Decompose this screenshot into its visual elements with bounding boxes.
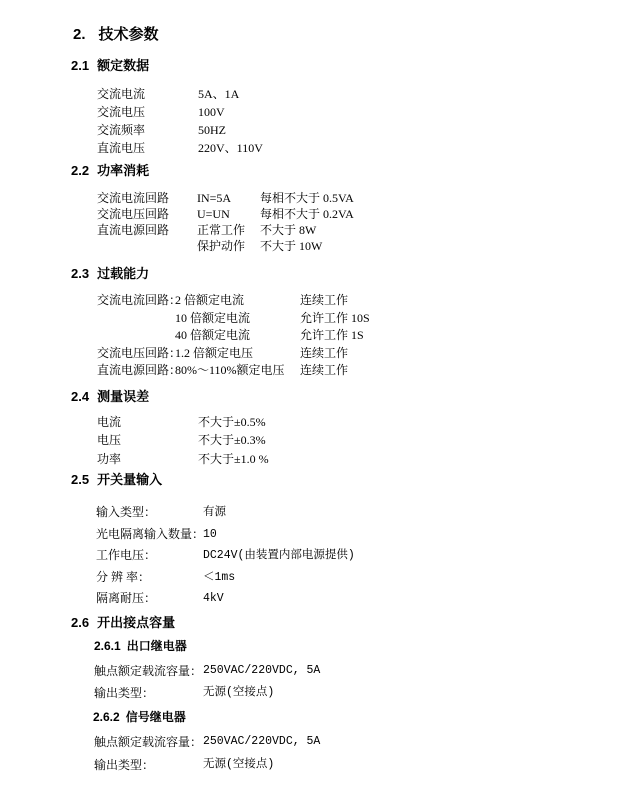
spec-row: 交流电流回路 IN=5A 每相不大于 0.5VA <box>97 190 354 206</box>
spec-label <box>97 327 175 345</box>
subsection-number: 2.6.2 <box>93 710 120 724</box>
subsection-title: 出口继电器 <box>127 639 187 653</box>
section-heading-2-3: 2.3过载能力 <box>71 267 149 281</box>
section-title: 开出接点容量 <box>97 615 175 630</box>
spec-row: 工作电压： DC24V(由装置内部电源提供) <box>96 545 355 567</box>
spec-condition: 10 倍额定电流 <box>175 310 300 328</box>
section-2-5-rows: 输入类型： 有源 光电隔离输入数量： 10 工作电压： DC24V(由装置内部电… <box>96 502 355 610</box>
spec-row: 10 倍额定电流 允许工作 10S <box>97 310 370 328</box>
spec-label: 交流频率 <box>97 121 198 139</box>
spec-label: 交流电压 <box>97 103 198 121</box>
spec-label: 功率 <box>97 450 198 468</box>
document-title-number: 2. <box>73 26 86 43</box>
document-title: 2.技术参数 <box>73 27 159 43</box>
spec-row: 输出类型： 无源(空接点) <box>94 682 320 704</box>
section-heading-2-1: 2.1额定数据 <box>71 59 149 73</box>
spec-row: 输出类型： 无源(空接点) <box>94 754 320 777</box>
section-heading-2-6: 2.6开出接点容量 <box>71 616 175 630</box>
section-2-3-rows: 交流电流回路： 2 倍额定电流 连续工作 10 倍额定电流 允许工作 10S 4… <box>97 292 370 380</box>
spec-label <box>97 238 197 254</box>
spec-value: 不大于 10W <box>260 238 322 254</box>
section-title: 过载能力 <box>97 266 149 281</box>
section-2-1-rows: 交流电流 5A、1A 交流电压 100V 交流频率 50HZ 直流电压 220V… <box>97 85 263 158</box>
spec-value: 允许工作 10S <box>300 310 370 328</box>
spec-row: 功率 不大于±1.0 % <box>97 450 269 468</box>
spec-row: 直流电源回路： 80%～110%额定电压 连续工作 <box>97 362 370 380</box>
spec-row: 输入类型： 有源 <box>96 502 355 524</box>
spec-value: 有源 <box>203 502 226 524</box>
subsection-2-6-2-rows: 触点额定载流容量： 250VAC/220VDC, 5A 输出类型： 无源(空接点… <box>94 731 320 777</box>
spec-row: 电压 不大于±0.3% <box>97 431 269 449</box>
document-page: 2.技术参数 2.1额定数据 交流电流 5A、1A 交流电压 100V 交流频率… <box>0 0 625 792</box>
section-2-2-rows: 交流电流回路 IN=5A 每相不大于 0.5VA 交流电压回路 U=UN 每相不… <box>97 190 354 255</box>
subsection-title: 信号继电器 <box>126 710 186 724</box>
section-heading-2-2: 2.2功率消耗 <box>71 164 149 178</box>
section-number: 2.6 <box>71 615 89 630</box>
spec-label: 输入类型： <box>96 502 203 524</box>
spec-condition: IN=5A <box>197 190 260 206</box>
subsection-heading-2-6-2: 2.6.2信号继电器 <box>93 711 186 724</box>
section-number: 2.5 <box>71 472 89 487</box>
spec-value: 不大于±0.5% <box>198 413 266 431</box>
spec-label: 交流电压回路： <box>97 345 175 363</box>
spec-row: 触点额定载流容量： 250VAC/220VDC, 5A <box>94 660 320 682</box>
spec-condition: U=UN <box>197 206 260 222</box>
spec-value: 允许工作 1S <box>300 327 364 345</box>
spec-value: 50HZ <box>198 121 226 139</box>
spec-condition: 保护动作 <box>197 238 260 254</box>
spec-row: 分 辨 率： ＜1ms <box>96 567 355 589</box>
spec-row: 光电隔离输入数量： 10 <box>96 524 355 546</box>
spec-value: 连续工作 <box>300 345 348 363</box>
spec-value: 无源(空接点) <box>203 682 274 704</box>
spec-value: 连续工作 <box>300 292 348 310</box>
spec-value: 不大于 8W <box>260 222 316 238</box>
subsection-heading-2-6-1: 2.6.1出口继电器 <box>94 640 187 653</box>
document-title-text: 技术参数 <box>99 26 159 43</box>
spec-row: 电流 不大于±0.5% <box>97 413 269 431</box>
spec-row: 直流电源回路 正常工作 不大于 8W <box>97 222 354 238</box>
section-title: 功率消耗 <box>97 163 149 178</box>
spec-label: 光电隔离输入数量： <box>96 524 203 546</box>
section-number: 2.2 <box>71 163 89 178</box>
spec-label: 隔离耐压： <box>96 588 203 610</box>
spec-row: 交流电压 100V <box>97 103 263 121</box>
spec-value: 250VAC/220VDC, 5A <box>203 660 320 682</box>
spec-row: 交流电流 5A、1A <box>97 85 263 103</box>
spec-row: 保护动作 不大于 10W <box>97 238 354 254</box>
spec-row: 触点额定载流容量： 250VAC/220VDC, 5A <box>94 731 320 754</box>
spec-row: 隔离耐压： 4kV <box>96 588 355 610</box>
spec-label <box>97 310 175 328</box>
spec-value: 10 <box>203 524 217 546</box>
spec-label: 直流电压 <box>97 139 198 157</box>
section-title: 测量误差 <box>97 389 149 404</box>
spec-row: 交流电压回路： 1.2 倍额定电压 连续工作 <box>97 345 370 363</box>
spec-label: 触点额定载流容量： <box>94 731 203 754</box>
spec-condition: 2 倍额定电流 <box>175 292 300 310</box>
spec-row: 直流电压 220V、110V <box>97 139 263 157</box>
section-heading-2-4: 2.4测量误差 <box>71 390 149 404</box>
subsection-number: 2.6.1 <box>94 639 121 653</box>
spec-label: 交流电流 <box>97 85 198 103</box>
spec-value: 每相不大于 0.2VA <box>260 206 354 222</box>
spec-label: 触点额定载流容量： <box>94 660 203 682</box>
spec-label: 交流电流回路 <box>97 190 197 206</box>
section-number: 2.3 <box>71 266 89 281</box>
spec-label: 工作电压： <box>96 545 203 567</box>
spec-value: 连续工作 <box>300 362 348 380</box>
subsection-2-6-1-rows: 触点额定载流容量： 250VAC/220VDC, 5A 输出类型： 无源(空接点… <box>94 660 320 704</box>
spec-value: 每相不大于 0.5VA <box>260 190 354 206</box>
section-number: 2.4 <box>71 389 89 404</box>
spec-label: 直流电源回路： <box>97 362 175 380</box>
spec-row: 交流电压回路 U=UN 每相不大于 0.2VA <box>97 206 354 222</box>
spec-value: 250VAC/220VDC, 5A <box>203 731 320 754</box>
spec-label: 电流 <box>97 413 198 431</box>
spec-value: ＜1ms <box>203 567 235 589</box>
spec-label: 输出类型： <box>94 682 203 704</box>
spec-value: 不大于±0.3% <box>198 431 266 449</box>
section-number: 2.1 <box>71 58 89 73</box>
spec-label: 交流电压回路 <box>97 206 197 222</box>
spec-value: 220V、110V <box>198 139 263 157</box>
spec-value: 无源(空接点) <box>203 754 274 777</box>
spec-condition: 1.2 倍额定电压 <box>175 345 300 363</box>
spec-value: 5A、1A <box>198 85 239 103</box>
spec-label: 直流电源回路 <box>97 222 197 238</box>
spec-condition: 40 倍额定电流 <box>175 327 300 345</box>
spec-condition: 80%～110%额定电压 <box>175 362 300 380</box>
section-title: 额定数据 <box>97 58 149 73</box>
section-title: 开关量输入 <box>97 472 162 487</box>
spec-label: 交流电流回路： <box>97 292 175 310</box>
spec-row: 交流电流回路： 2 倍额定电流 连续工作 <box>97 292 370 310</box>
spec-value: 4kV <box>203 588 224 610</box>
spec-value: 100V <box>198 103 225 121</box>
spec-label: 输出类型： <box>94 754 203 777</box>
spec-value: DC24V(由装置内部电源提供) <box>203 545 355 567</box>
spec-value: 不大于±1.0 % <box>198 450 269 468</box>
spec-row: 40 倍额定电流 允许工作 1S <box>97 327 370 345</box>
spec-row: 交流频率 50HZ <box>97 121 263 139</box>
spec-label: 分 辨 率： <box>96 567 203 589</box>
spec-label: 电压 <box>97 431 198 449</box>
spec-condition: 正常工作 <box>197 222 260 238</box>
section-heading-2-5: 2.5开关量输入 <box>71 473 162 487</box>
section-2-4-rows: 电流 不大于±0.5% 电压 不大于±0.3% 功率 不大于±1.0 % <box>97 413 269 468</box>
